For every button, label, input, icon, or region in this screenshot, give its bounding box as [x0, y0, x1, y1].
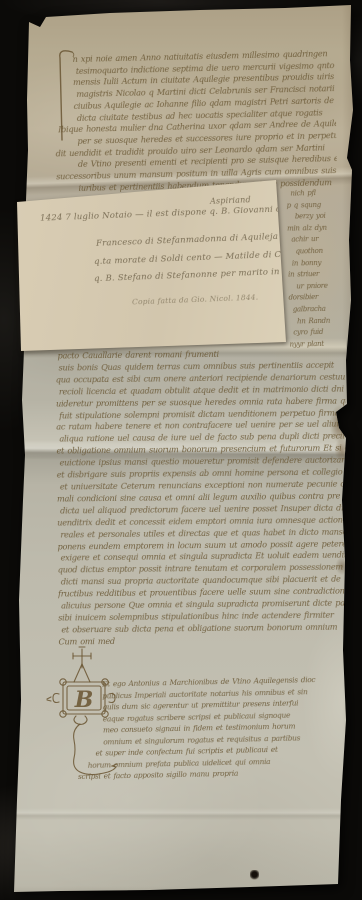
note-line: q.ta morate di Soldi cento — Matilde di … — [94, 249, 307, 267]
note-line: Copia fatta da Gio. Nicol. 1844. — [132, 293, 259, 307]
note-corner-word: Aspiriand — [210, 195, 251, 206]
note-shadow-wrap: Aspiriand 1424 7 luglio Notaio — il est … — [0, 0, 362, 900]
note-line: q. B. Stefano di Stefanonne per marito i… — [94, 266, 314, 284]
archival-note: Aspiriand 1424 7 luglio Notaio — il est … — [14, 178, 294, 354]
photograph-canvas: n xpi noie amen Anno natiuitatis eiusdem… — [0, 0, 362, 900]
note-line: Francesco di Stefanmadonna di Aquileja p… — [96, 231, 296, 249]
note-line: 1424 7 luglio Notaio — il est dispone q.… — [40, 204, 285, 223]
